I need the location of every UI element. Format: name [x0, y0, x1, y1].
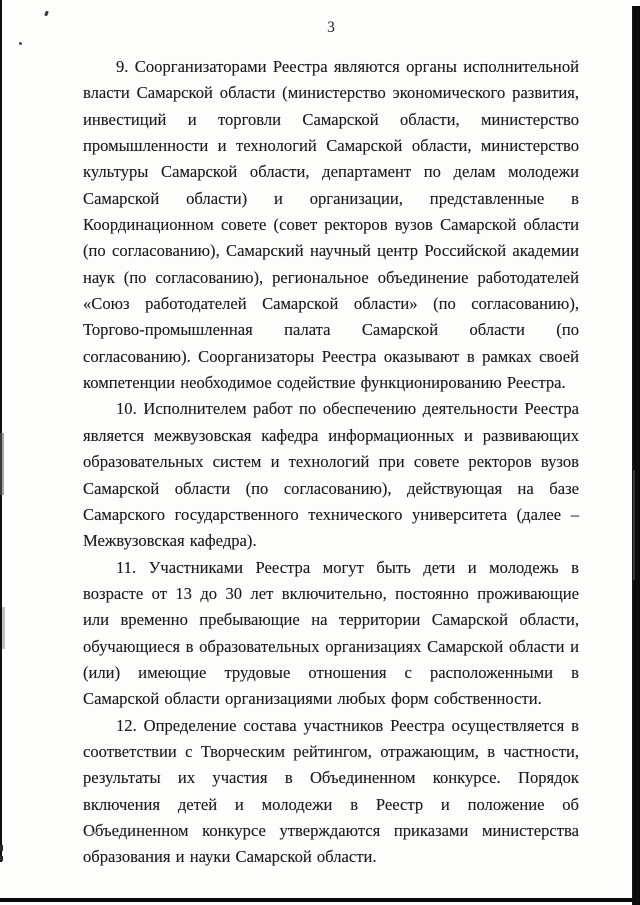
scan-edge-left-tick — [0, 856, 3, 861]
paragraph-10: 10. Исполнителем работ по обеспечению де… — [83, 396, 579, 554]
scan-speck — [19, 42, 22, 45]
scan-edge-left-texture — [0, 433, 4, 495]
page-number: 3 — [83, 19, 579, 37]
paragraph-11: 11. Участниками Реестра могут быть дети … — [83, 555, 579, 713]
scan-edge-left-tick — [0, 845, 3, 851]
paragraph-9: 9. Соорганизаторами Реестра являются орг… — [83, 54, 579, 396]
scan-edge-right — [632, 6, 640, 905]
scanned-document-page: 3 9. Соорганизаторами Реестра являются о… — [0, 0, 640, 905]
scan-edge-left-texture — [2, 607, 5, 649]
document-body: 9. Соорганизаторами Реестра являются орг… — [83, 54, 579, 871]
scan-edge-left — [0, 0, 2, 862]
scan-speck — [44, 11, 49, 17]
scan-speck — [92, 832, 98, 834]
scan-edge-bottom — [0, 898, 640, 902]
paragraph-12: 12. Определение состава участников Реест… — [83, 713, 579, 871]
scan-edge-right-streak — [633, 470, 635, 580]
